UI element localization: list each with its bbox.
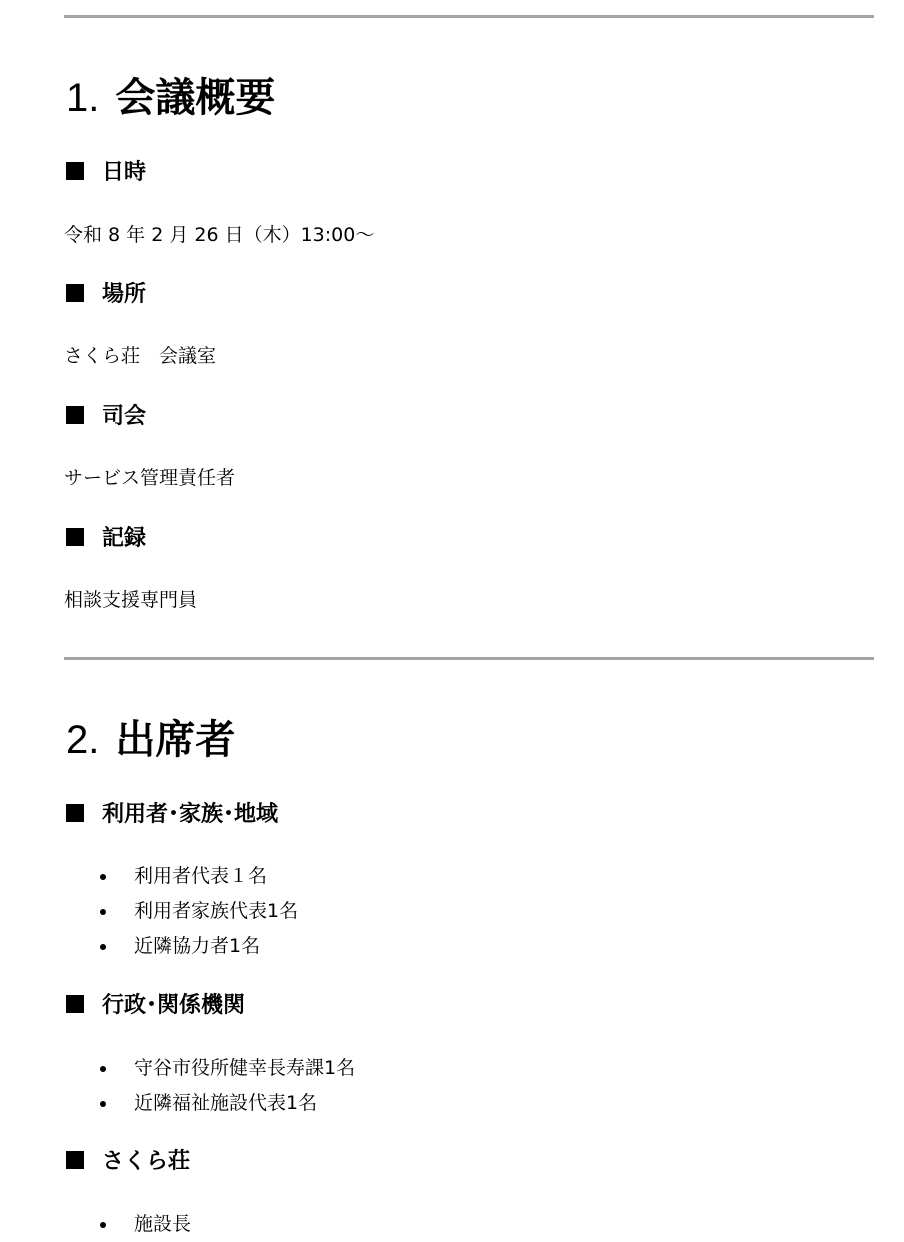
subsection-heading-datetime: 日時: [66, 159, 146, 187]
black-square-icon: [66, 406, 84, 424]
black-square-icon: [66, 995, 84, 1013]
horizontal-rule: [64, 15, 874, 18]
subsection-heading-users-family-community: 利用者･家族･地域: [66, 801, 278, 829]
section-title: 会議概要: [115, 75, 275, 121]
subsection-heading-location: 場所: [66, 281, 146, 309]
attendee-list-users: 利用者代表１名 利用者家族代表1名 近隣協力者1名: [64, 859, 298, 964]
horizontal-rule: [64, 657, 874, 660]
bullet-icon: [100, 1101, 106, 1107]
list-item: 施設長: [64, 1207, 191, 1242]
bullet-icon: [100, 909, 106, 915]
section-number: 2.: [66, 718, 99, 762]
black-square-icon: [66, 1151, 84, 1169]
black-square-icon: [66, 528, 84, 546]
section-heading-1: 1.会議概要: [66, 74, 275, 122]
location-text: さくら荘 会議室: [64, 343, 216, 369]
attendee-list-government: 守谷市役所健幸長寿課1名 近隣福祉施設代表1名: [64, 1051, 355, 1121]
black-square-icon: [66, 804, 84, 822]
section-number: 1.: [66, 76, 99, 120]
bullet-icon: [100, 1222, 106, 1228]
section-heading-2: 2.出席者: [66, 716, 235, 764]
subsection-heading-recorder: 記録: [66, 525, 146, 553]
subsection-heading-moderator: 司会: [66, 403, 146, 431]
moderator-text: サービス管理責任者: [64, 465, 235, 491]
section-title: 出席者: [115, 717, 235, 763]
list-item: 守谷市役所健幸長寿課1名: [64, 1051, 355, 1086]
list-item: 利用者代表１名: [64, 859, 298, 894]
recorder-text: 相談支援専門員: [64, 587, 197, 613]
list-item: 近隣協力者1名: [64, 929, 298, 964]
datetime-text: 令和 8 年 2 月 26 日（木）13:00～: [64, 222, 374, 248]
attendee-list-sakurasou: 施設長: [64, 1207, 191, 1242]
black-square-icon: [66, 162, 84, 180]
bullet-icon: [100, 874, 106, 880]
subsection-heading-government-agencies: 行政･関係機関: [66, 992, 245, 1020]
black-square-icon: [66, 284, 84, 302]
list-item: 利用者家族代表1名: [64, 894, 298, 929]
subsection-heading-sakurasou: さくら荘: [66, 1148, 190, 1176]
list-item: 近隣福祉施設代表1名: [64, 1086, 355, 1121]
bullet-icon: [100, 1066, 106, 1072]
bullet-icon: [100, 944, 106, 950]
